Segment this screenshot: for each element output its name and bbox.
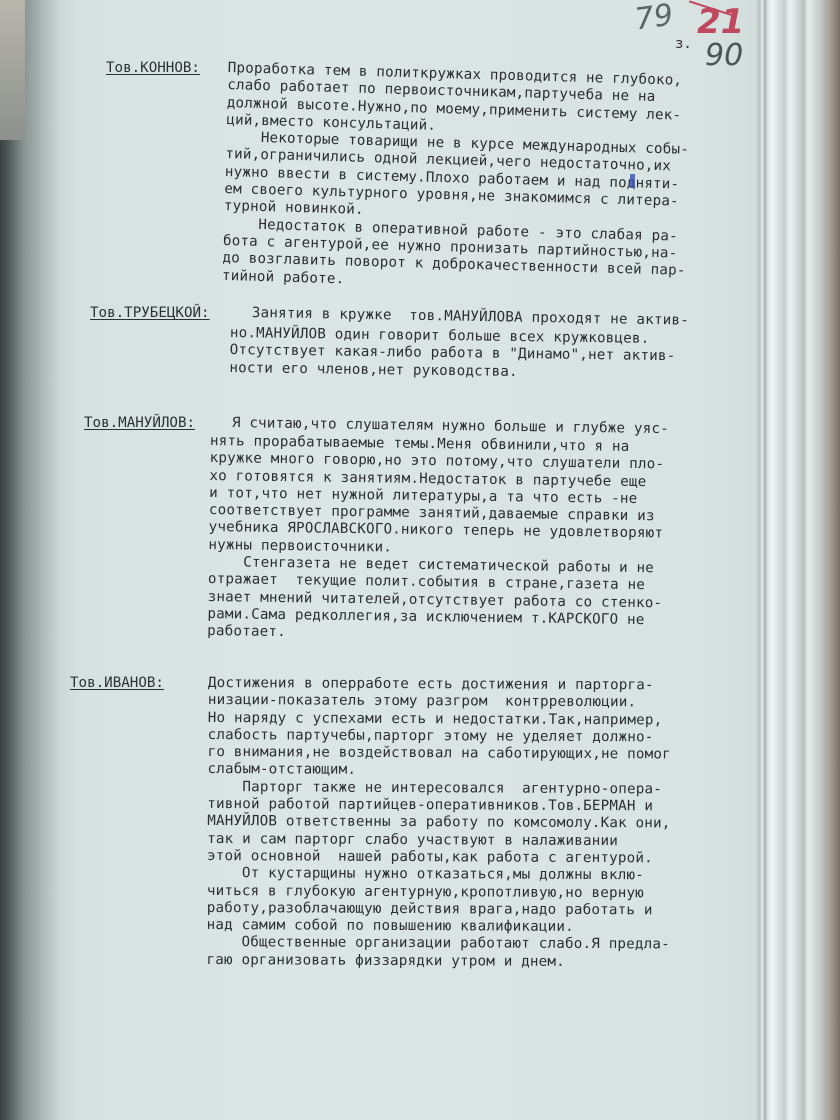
text-line: Общественные организации работают слабо.… (207, 934, 670, 954)
binding-cover (0, 0, 25, 140)
speaker-manuylov: Тов.МАНУЙЛОВ: (84, 415, 195, 431)
text-line: низации-показатель этому разгром контрре… (208, 692, 671, 712)
page-stack-edge (756, 0, 840, 1120)
text-line: читься в глубокую агентурную,кропотливую… (207, 883, 670, 903)
text-line: гаю организовать физзарядки утром и днем… (206, 952, 669, 972)
old-page-number: 79 (633, 0, 676, 37)
speech-ivanov: Достижения в оперработе есть достижения … (206, 675, 671, 971)
text-line: Но наряду с успехами есть и недостатки.Т… (208, 710, 671, 730)
text-line: слабым-отстающим. (207, 761, 670, 781)
stamp-prefix: з. (675, 36, 692, 52)
blue-ink-mark (630, 174, 635, 188)
binding-shadow (0, 0, 60, 1120)
speech-manuylov-continued: нять прорабатываемые темы.Меня обвинили,… (207, 433, 664, 647)
speaker-konnov: Тов.КОННОВ: (106, 60, 200, 76)
archival-page: 79 21 з. 90 Тов.КОННОВ: Проработка тем в… (0, 0, 840, 1120)
speaker-ivanov: Тов.ИВАНОВ: (70, 675, 164, 691)
speech-konnov: Проработка тем в политкружках проводится… (222, 60, 691, 298)
speech-trubetskoy-continued: но.МАНУЙЛОВ один говорит больше всех кру… (229, 325, 676, 383)
current-page-number: 90 (705, 38, 743, 73)
text-line: От кустарщины нужно отказаться,мы должны… (207, 865, 670, 885)
text-line: МАНУЙЛОВ ответственны за работу по комсо… (207, 813, 670, 833)
red-page-number: 21 (697, 2, 744, 42)
speaker-trubetskoy: Тов.ТРУБЕЦКОЙ: (90, 305, 210, 321)
